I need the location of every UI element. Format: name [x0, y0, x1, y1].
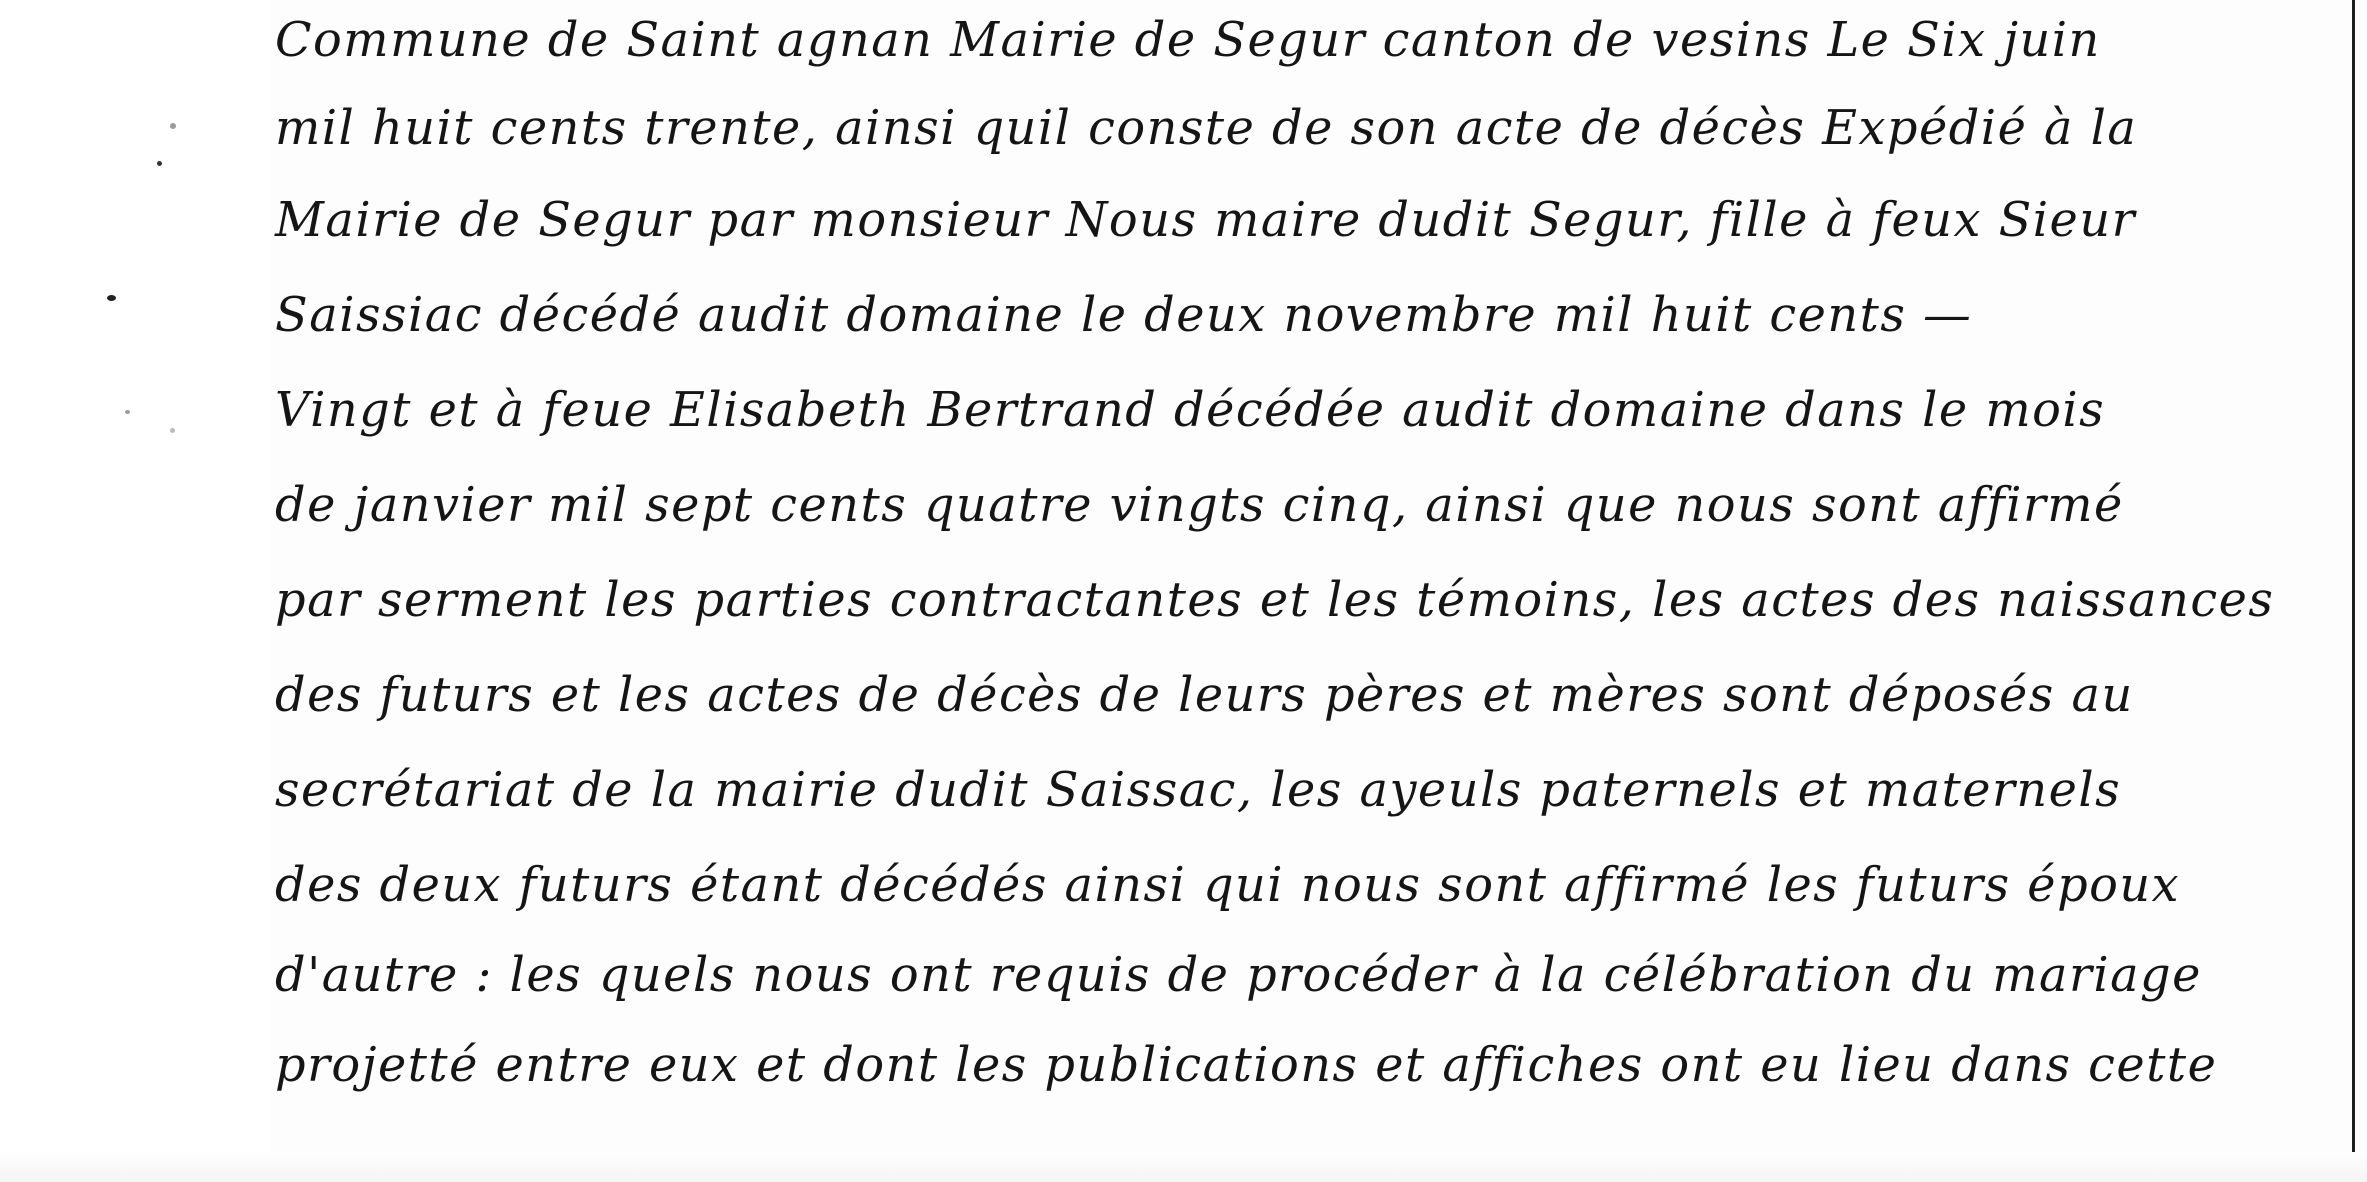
handwritten-text-block: Commune de Saint agnan Mairie de Segur c…: [275, 0, 2345, 1182]
text-line: Vingt et à feue Elisabeth Bertrand décéd…: [275, 380, 2335, 440]
ink-speck: [170, 123, 176, 129]
document-page: Commune de Saint agnan Mairie de Segur c…: [0, 0, 2367, 1182]
text-line: secrétariat de la mairie dudit Saissac, …: [275, 760, 2335, 820]
text-line: Saissiac décédé audit domaine le deux no…: [275, 285, 2335, 345]
text-line: d'autre : les quels nous ont requis de p…: [275, 945, 2335, 1005]
left-margin: [0, 0, 270, 1182]
text-line: des deux futurs étant décédés ainsi qui …: [275, 855, 2335, 915]
ink-speck: [125, 410, 130, 414]
text-line: des futurs et les actes de décès de leur…: [275, 665, 2335, 725]
text-line: de janvier mil sept cents quatre vingts …: [275, 475, 2335, 535]
ink-speck: [170, 428, 175, 433]
text-line: Commune de Saint agnan Mairie de Segur c…: [275, 10, 2335, 70]
text-line: mil huit cents trente, ainsi quil conste…: [275, 98, 2335, 158]
text-line: par serment les parties contractantes et…: [275, 570, 2335, 630]
ink-speck: [157, 161, 162, 166]
text-line: projetté entre eux et dont les publicati…: [275, 1035, 2335, 1095]
text-line: Mairie de Segur par monsieur Nous maire …: [275, 190, 2335, 250]
right-margin-rule: [2352, 0, 2355, 1182]
page-bottom-edge: [0, 1152, 2367, 1182]
ink-speck: [107, 295, 116, 301]
